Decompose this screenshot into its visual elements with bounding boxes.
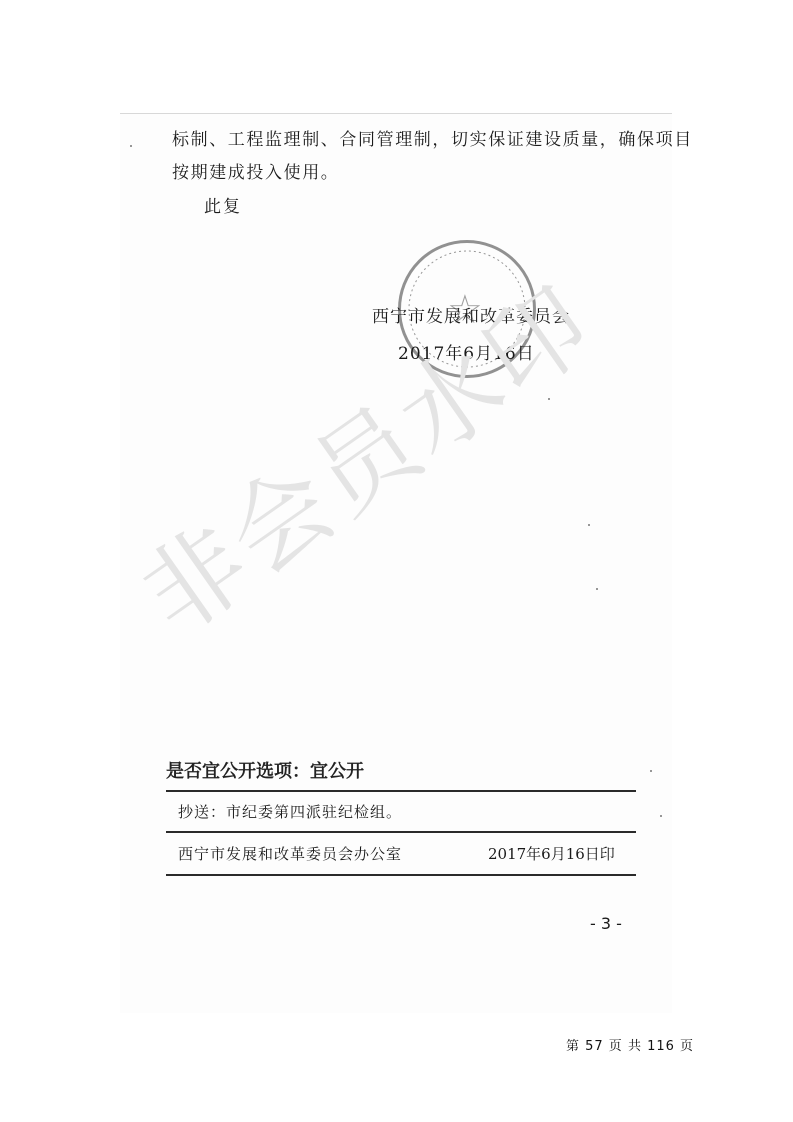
- divider: [166, 831, 636, 833]
- scan-speck: [650, 770, 652, 772]
- reply-closing: 此复: [204, 192, 242, 217]
- body-line-1: 标制、工程监理制、合同管理制，切实保证建设质量，确保项目: [172, 125, 693, 150]
- body-line-2: 按期建成投入使用。: [172, 158, 339, 183]
- divider: [166, 790, 636, 792]
- scan-page-number: - 3 -: [590, 914, 622, 933]
- disclosure-option: 是否宜公开选项：宜公开: [166, 757, 364, 783]
- divider: [166, 874, 636, 876]
- scan-speck: [596, 588, 598, 590]
- scan-speck: [548, 398, 550, 400]
- pagination: 第 57 页 共 116 页: [566, 1035, 694, 1054]
- print-date: 2017年6月16日印: [488, 843, 615, 864]
- page-top-border: [120, 113, 672, 114]
- cc-line: 抄送：市纪委第四派驻纪检组。: [178, 801, 402, 822]
- issuer-office: 西宁市发展和改革委员会办公室: [178, 843, 402, 864]
- scan-speck: [660, 815, 662, 817]
- scan-speck: [588, 524, 590, 526]
- scan-speck: [130, 145, 132, 147]
